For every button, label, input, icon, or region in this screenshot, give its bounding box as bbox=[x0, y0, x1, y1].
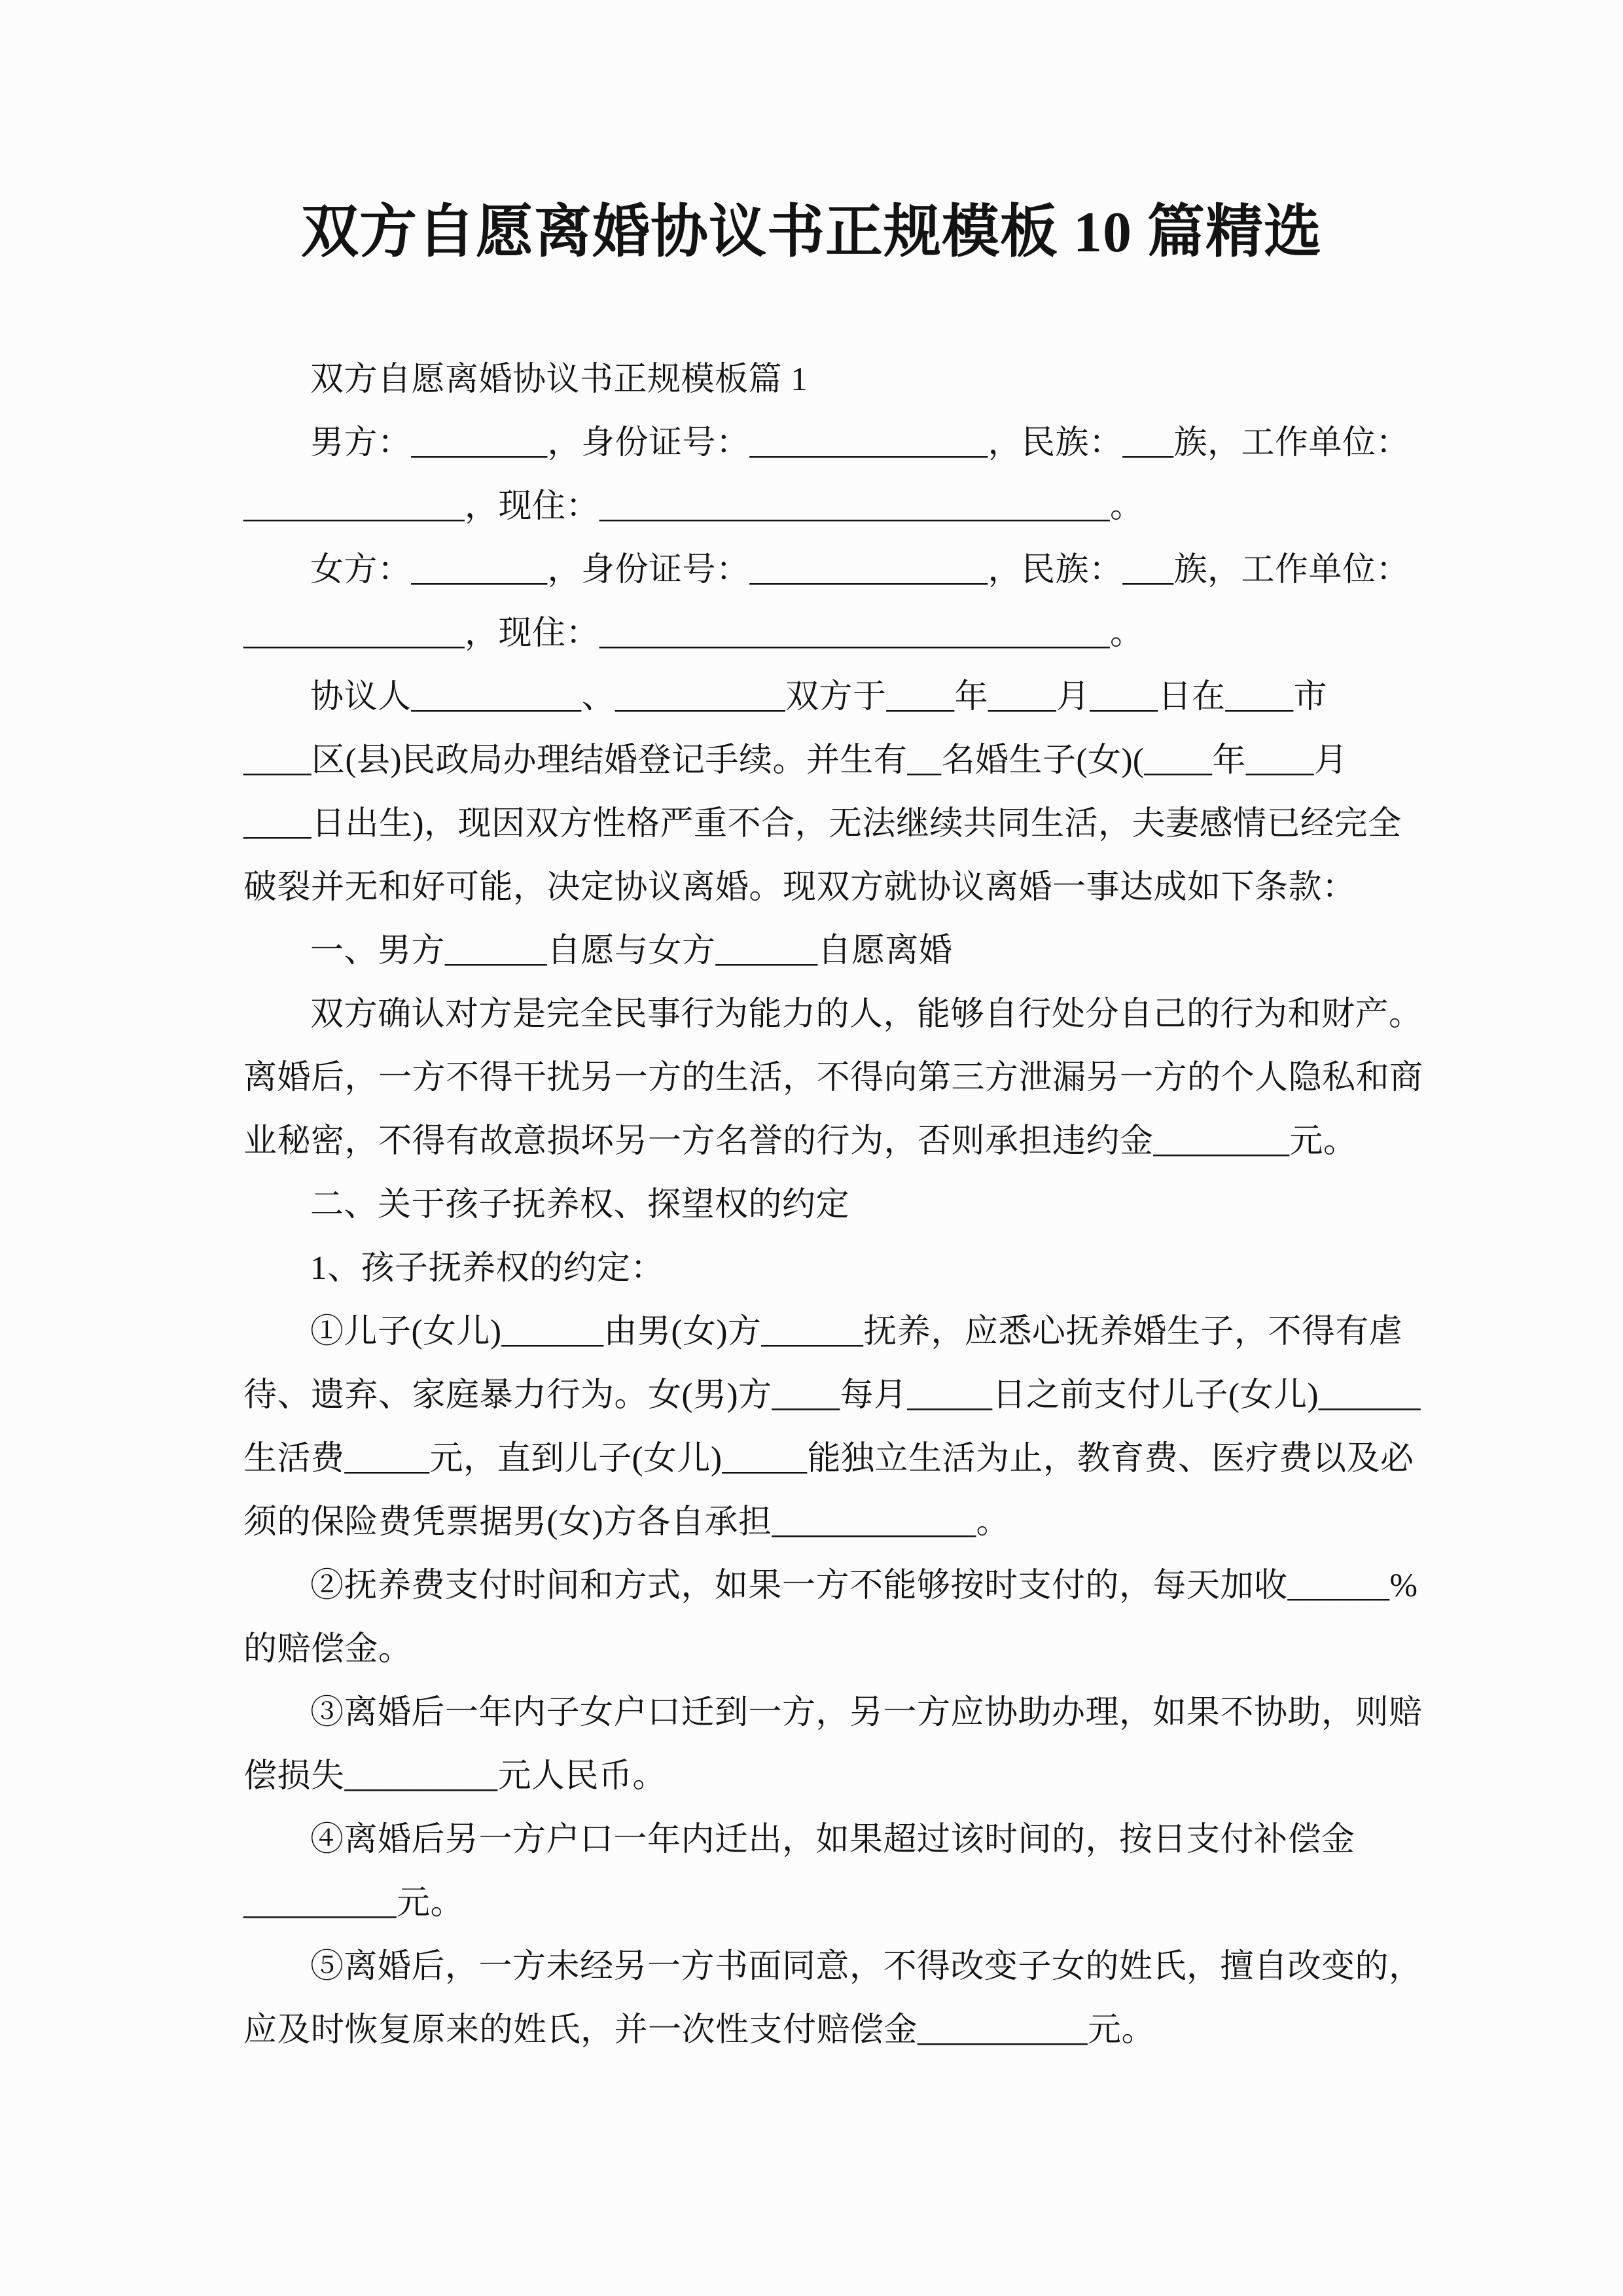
doc-line: 双方自愿离婚协议书正规模板篇 1 bbox=[243, 348, 1385, 412]
doc-line: 女方：________，身份证号：______________，民族：___族，… bbox=[243, 539, 1385, 602]
doc-line: 的赔偿金。 bbox=[243, 1618, 1385, 1681]
doc-line: _________元。 bbox=[243, 1872, 1385, 1935]
doc-line: 破裂并无和好可能，决定协议离婚。现双方就协议离婚一事达成如下条款： bbox=[243, 856, 1385, 920]
doc-line: 须的保险费凭票据男(女)方各自承担____________。 bbox=[243, 1491, 1385, 1554]
document-body: 双方自愿离婚协议书正规模板篇 1男方：________，身份证号：_______… bbox=[243, 348, 1385, 2062]
doc-line: _____________，现住：_______________________… bbox=[243, 475, 1385, 539]
doc-line: 二、关于孩子抚养权、探望权的约定 bbox=[243, 1174, 1385, 1237]
document-page: 双方自愿离婚协议书正规模板 10 篇精选 双方自愿离婚协议书正规模板篇 1男方：… bbox=[0, 0, 1623, 2296]
doc-line: 生活费_____元，直到儿子(女儿)_____能独立生活为止，教育费、医疗费以及… bbox=[243, 1427, 1385, 1491]
doc-line: ____日出生)，现因双方性格严重不合，无法继续共同生活，夫妻感情已经完全 bbox=[243, 793, 1385, 856]
doc-line: ①儿子(女儿)______由男(女)方______抚养，应悉心抚养婚生子，不得有… bbox=[243, 1300, 1385, 1364]
doc-line: 双方确认对方是完全民事行为能力的人，能够自行处分自己的行为和财产。 bbox=[243, 983, 1385, 1047]
doc-line: 一、男方______自愿与女方______自愿离婚 bbox=[243, 920, 1385, 983]
doc-line: ④离婚后另一方户口一年内迁出，如果超过该时间的，按日支付补偿金 bbox=[243, 1808, 1385, 1872]
doc-line: ⑤离婚后，一方未经另一方书面同意，不得改变子女的姓氏，擅自改变的， bbox=[243, 1935, 1385, 1999]
doc-line: 协议人__________、__________双方于____年____月___… bbox=[243, 666, 1385, 729]
doc-line: ③离婚后一年内子女户口迁到一方，另一方应协助办理，如果不协助，则赔 bbox=[243, 1681, 1385, 1745]
doc-line: ____区(县)民政局办理结婚登记手续。并生有__名婚生子(女)(____年__… bbox=[243, 729, 1385, 793]
doc-line: 离婚后，一方不得干扰另一方的生活，不得向第三方泄漏另一方的个人隐私和商 bbox=[243, 1047, 1385, 1110]
doc-line: 偿损失_________元人民币。 bbox=[243, 1745, 1385, 1808]
doc-line: _____________，现住：_______________________… bbox=[243, 602, 1385, 666]
doc-line: 男方：________，身份证号：______________，民族：___族，… bbox=[243, 412, 1385, 475]
doc-line: ②抚养费支付时间和方式，如果一方不能够按时支付的，每天加收______% bbox=[243, 1554, 1385, 1618]
doc-line: 1、孩子抚养权的约定： bbox=[243, 1237, 1385, 1300]
doc-line: 待、遗弃、家庭暴力行为。女(男)方____每月_____日之前支付儿子(女儿)_… bbox=[243, 1364, 1385, 1427]
page-title: 双方自愿离婚协议书正规模板 10 篇精选 bbox=[0, 204, 1623, 262]
doc-line: 应及时恢复原来的姓氏，并一次性支付赔偿金__________元。 bbox=[243, 1999, 1385, 2062]
doc-line: 业秘密，不得有故意损坏另一方名誉的行为，否则承担违约金________元。 bbox=[243, 1110, 1385, 1174]
